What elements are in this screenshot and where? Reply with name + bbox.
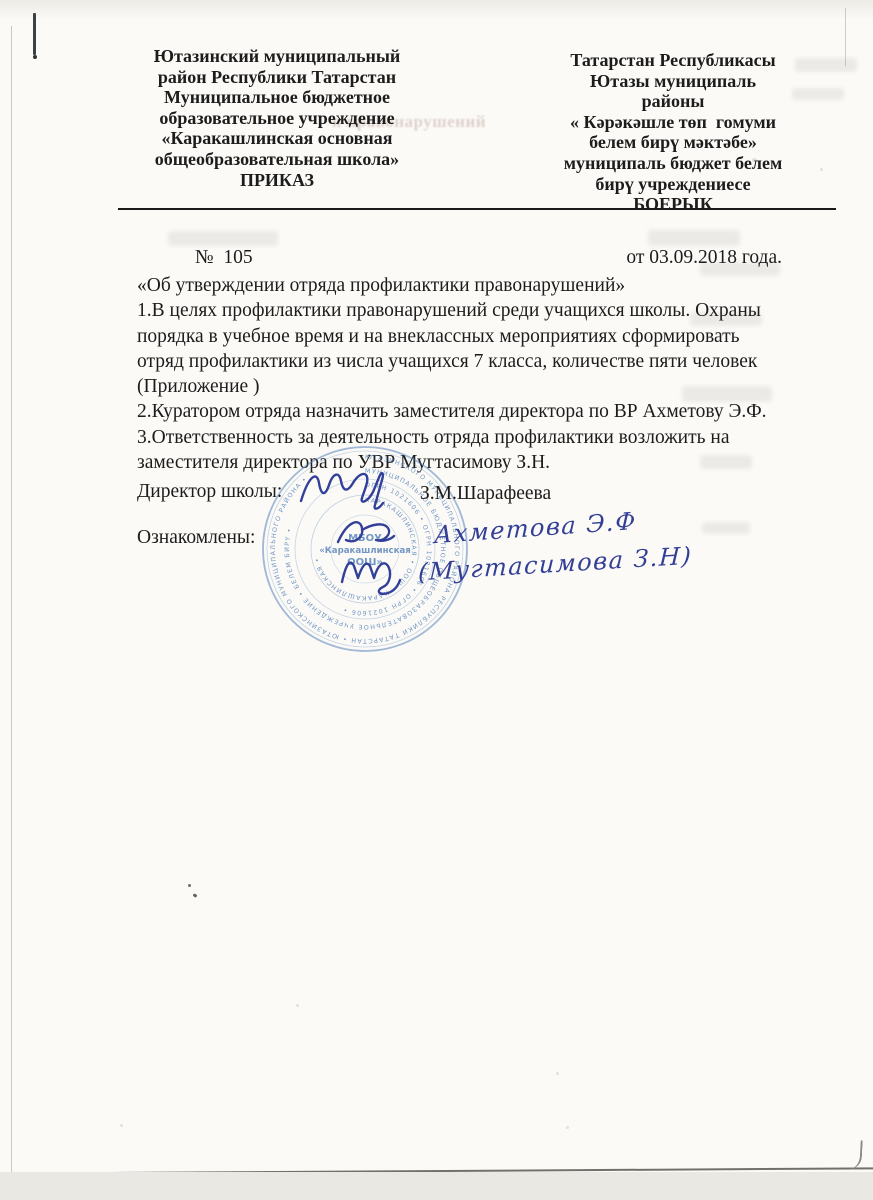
letterhead-line: Татарстан Республикасы — [508, 50, 838, 71]
scan-noise-speck — [566, 1126, 569, 1129]
letterhead-line: бирү учреждениесе — [508, 174, 838, 195]
letterhead-line: образовательное учреждение — [92, 108, 462, 129]
scan-top-shadow — [0, 0, 873, 20]
order-body-line: заместителя директора по УВР Мугтасимову… — [137, 450, 837, 475]
page-left-edge — [11, 26, 12, 1172]
letterhead-line: муниципаль бюджет белем — [508, 153, 838, 174]
staple-mark-artifact — [33, 13, 36, 55]
order-body-line: 3.Ответственность за деятельность отряда… — [137, 425, 837, 450]
letterhead-line: районы — [508, 91, 838, 112]
scan-noise-speck — [820, 168, 823, 171]
letterhead-line: Ютазинский муниципальный — [92, 46, 462, 67]
letterhead-russian: Ютазинский муниципальныйрайон Республики… — [92, 46, 462, 190]
order-meta-row: № 105 от 03.09.2018 года. — [137, 247, 782, 269]
scan-noise-speck — [296, 1004, 299, 1007]
scan-noise-speck — [556, 1072, 559, 1075]
order-body-line: порядка в учебное время и на внеклассных… — [137, 324, 837, 349]
header-divider-rule — [118, 208, 836, 210]
order-body-line: 1.В целях профилактики правонарушений ср… — [137, 298, 837, 323]
order-date: от 03.09.2018 года. — [626, 247, 782, 269]
letterhead-line: общеобразовательная школа» — [92, 149, 462, 170]
letterhead-line: Муниципальное бюджетное — [92, 87, 462, 108]
ink-speck — [188, 884, 191, 887]
bleedthrough-smudge — [168, 231, 278, 246]
letterhead-line: « Кәрәкәшле төп гомуми — [508, 112, 838, 133]
scanned-order-document: { "document": { "header_left": { "lines"… — [0, 0, 873, 1200]
director-label: Директор школы: — [137, 481, 282, 503]
director-signature-scribble — [295, 463, 395, 515]
scan-noise-speck — [120, 1124, 123, 1127]
letterhead-line: ПРИКАЗ — [92, 170, 462, 191]
order-body-line: «Об утверждении отряда профилактики прав… — [137, 273, 837, 298]
letterhead-line: белем бирү мәктәбе» — [508, 132, 838, 153]
letterhead-line: район Республики Татарстан — [92, 67, 462, 88]
letterhead-line: БОЕРЫК — [508, 194, 838, 215]
acquainted-label: Ознакомлены: — [137, 527, 255, 549]
scan-noise-speck — [752, 158, 757, 162]
letterhead-line: Ютазы муниципаль — [508, 71, 838, 92]
order-number: № 105 — [195, 247, 253, 269]
scanner-background — [0, 1172, 873, 1200]
signature-scribble-mugtasimova — [338, 546, 418, 598]
order-body-line: отряд профилактики из числа учащихся 7 к… — [137, 349, 837, 374]
bleedthrough-smudge — [648, 230, 740, 246]
order-body-line: (Приложение ) — [137, 374, 837, 399]
letterhead-tatar: Татарстан РеспубликасыЮтазы муниципальра… — [508, 50, 838, 215]
order-body-line: 2.Куратором отряда назначить заместителя… — [137, 399, 837, 424]
ink-speck — [193, 893, 198, 898]
letterhead-line: «Каракашлинская основная — [92, 128, 462, 149]
page-corner-curl — [845, 1140, 863, 1171]
director-name: З.М.Шарафеева — [420, 483, 551, 505]
staple-mark-dot — [33, 55, 37, 59]
